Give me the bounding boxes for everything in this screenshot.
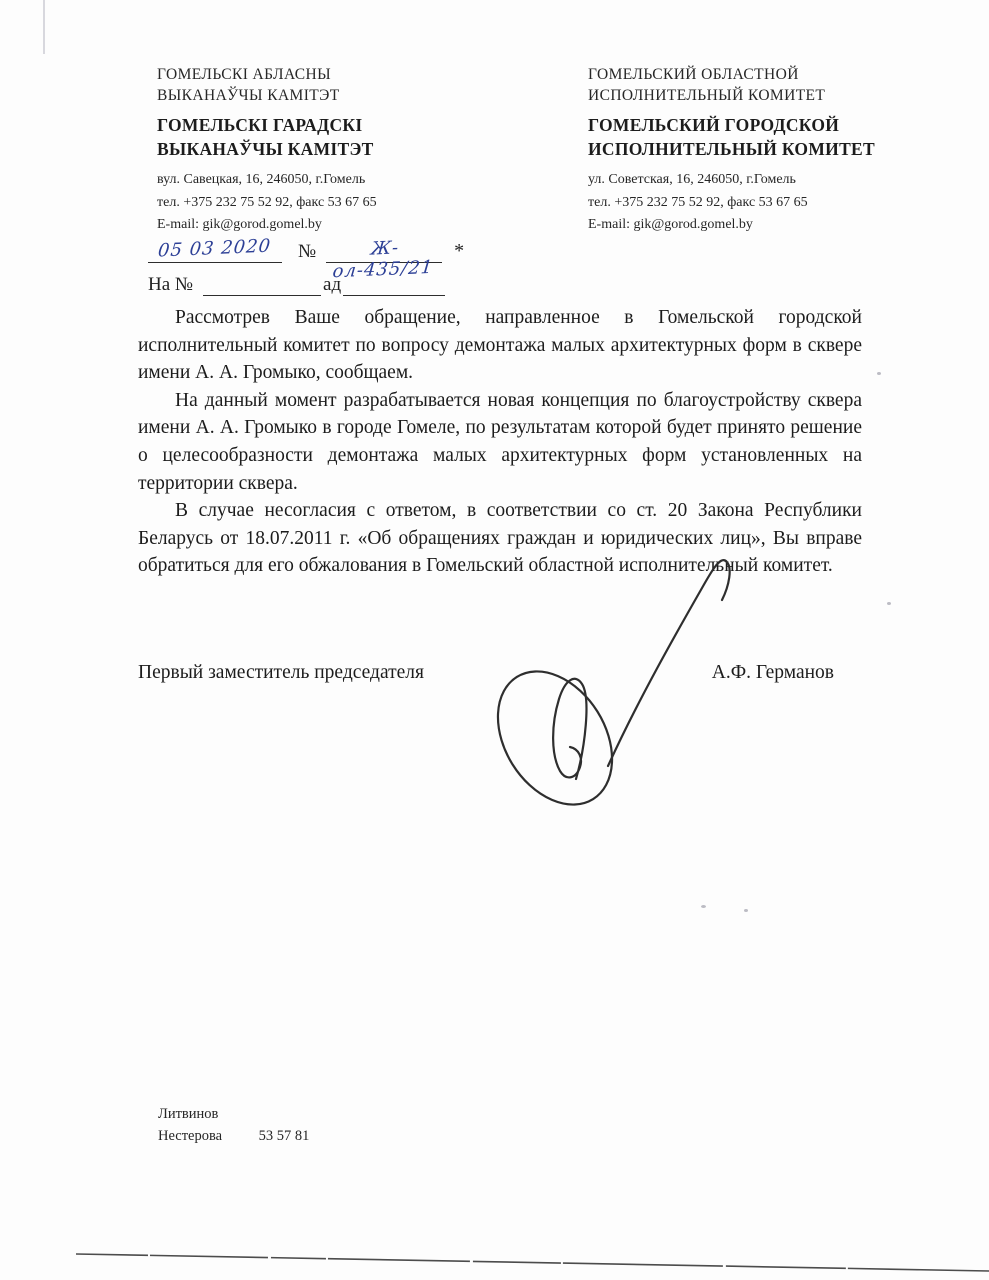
letterhead-belarusian: ГОМЕЛЬСКІ АБЛАСНЫ ВЫКАНАЎЧЫ КАМІТЭТ ГОМЕ… [157,64,477,237]
org-phone: тел. +375 232 75 52 92, факс 53 67 65 [157,192,477,215]
incoming-label: На № [148,274,193,296]
reference-block: 05 03 2020 № Ж-ол-435/21 * На № ад [148,238,464,296]
org-phone: тел. +375 232 75 52 92, факс 53 67 65 [588,192,918,215]
scanned-letter-page: ГОМЕЛЬСКІ АБЛАСНЫ ВЫКАНАЎЧЫ КАМІТЭТ ГОМЕ… [0,0,989,1280]
parent-org-name-line: ВЫКАНАЎЧЫ КАМІТЭТ [157,85,477,106]
executor-name: Нестерова [158,1125,255,1147]
number-field: Ж-ол-435/21 [326,238,442,263]
org-address: вул. Савецкая, 16, 246050, г.Гомель [157,169,477,192]
scan-edge-line [0,1240,989,1280]
executors-block: Литвинов Нестерова 53 57 81 [158,1103,309,1147]
org-address: ул. Советская, 16, 246050, г.Гомель [588,169,918,192]
scan-artifact-vertical-line [43,0,45,54]
letterhead-russian: ГОМЕЛЬСКИЙ ОБЛАСТНОЙ ИСПОЛНИТЕЛЬНЫЙ КОМИ… [588,64,918,237]
scan-speck [744,909,748,912]
body-paragraph: На данный момент разрабатывается новая к… [138,387,862,497]
org-name-line: ГОМЕЛЬСКИЙ ГОРОДСКОЙ [588,113,918,137]
org-name-line: ГОМЕЛЬСКІ ГАРАДСКІ [157,113,477,137]
scan-speck [701,905,706,908]
parent-org-name-line: ГОМЕЛЬСКИЙ ОБЛАСТНОЙ [588,64,918,85]
scan-speck [887,602,891,605]
org-email: E-mail: gik@gorod.gomel.by [588,214,918,237]
incoming-number-field [203,271,321,296]
parent-org-name-line: ИСПОЛНИТЕЛЬНЫЙ КОМИТЕТ [588,85,918,106]
handwritten-date: 05 03 2020 [158,235,273,261]
parent-org-name-line: ГОМЕЛЬСКІ АБЛАСНЫ [157,64,477,85]
signature-flourish [480,548,750,818]
executor-phone: 53 57 81 [259,1128,310,1144]
body-paragraph: Рассмотрев Ваше обращение, направленное … [138,304,862,387]
scan-speck [877,372,881,375]
date-field: 05 03 2020 [148,238,282,263]
number-label: № [282,241,326,263]
org-email: E-mail: gik@gorod.gomel.by [157,214,477,237]
org-name-line: ИСПОЛНИТЕЛЬНЫЙ КОМИТЕТ [588,137,918,161]
asterisk-mark: * [454,240,464,263]
signer-position-title: Первый заместитель председателя [138,662,424,684]
letter-body: Рассмотрев Ваше обращение, направленное … [138,304,862,580]
executor-name: Литвинов [158,1103,309,1125]
org-name-line: ВЫКАНАЎЧЫ КАМІТЭТ [157,137,477,161]
outgoing-reference-line: 05 03 2020 № Ж-ол-435/21 * [148,238,464,263]
handwritten-number: Ж-ол-435/21 [324,235,444,282]
